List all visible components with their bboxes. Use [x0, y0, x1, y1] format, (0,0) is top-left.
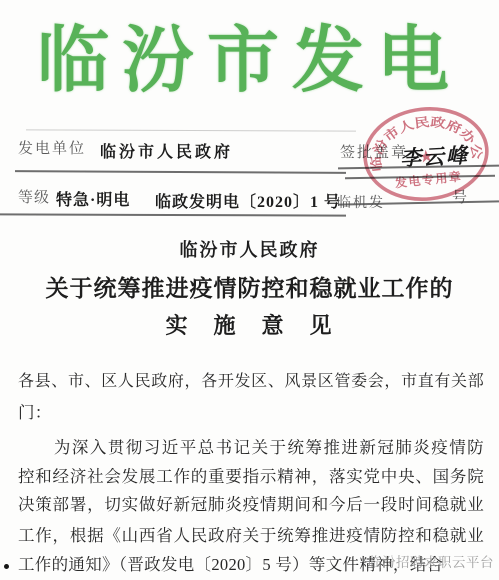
doc-title-type: 实 施 意 见	[0, 309, 499, 340]
row2-rule-left	[0, 213, 346, 216]
watermark: 临汾招聘求职云平台	[368, 551, 494, 571]
row1-rule-left	[15, 170, 346, 173]
seal-center-text: 发电专用章	[393, 168, 463, 190]
body-line: 各县、市、区人民政府，各开发区、风景区管委会，市直有关部	[18, 368, 484, 391]
form-value-grade: 特急·明电	[56, 187, 130, 210]
doc-title-issuer: 临汾市人民政府	[0, 236, 499, 262]
body-line: 为深入贯彻习近平总书记关于统筹推进新冠肺炎疫情防	[18, 434, 484, 458]
form-value-unit: 临汾市人民政府	[100, 139, 233, 162]
body-line: 决策部署，切实做好新冠肺炎疫情期间和今后一段时间稳就业	[18, 491, 484, 515]
doc-title-subject: 关于统筹推进疫情防控和稳就业工作的	[0, 270, 499, 303]
body-line: 门：	[18, 399, 484, 423]
body-line: 控和经济社会发展工作的重要指示精神，落实党中央、国务院	[18, 463, 484, 487]
form-doc-number: 临政发明电〔2020〕1 号	[155, 189, 341, 212]
seal-star-icon: ★	[418, 146, 435, 166]
scanned-official-telegram: 临汾市发电 发电单位 临汾市人民政府 签批盖章 李云峰 等级 特急·明电 临政发…	[0, 0, 499, 580]
body-line: 工作，根据《山西省人民政府关于统筹推进疫情防控和稳就业	[18, 522, 484, 546]
official-seal: 临汾市人民政府办公室 ★ 发电专用章	[358, 102, 494, 206]
masthead-title: 临汾市发电	[0, 2, 499, 106]
form-label-unit: 发电单位	[18, 137, 86, 158]
scan-dot-artifact	[4, 564, 9, 569]
form-top-rule	[26, 129, 356, 131]
form-label-grade: 等级	[18, 186, 50, 207]
